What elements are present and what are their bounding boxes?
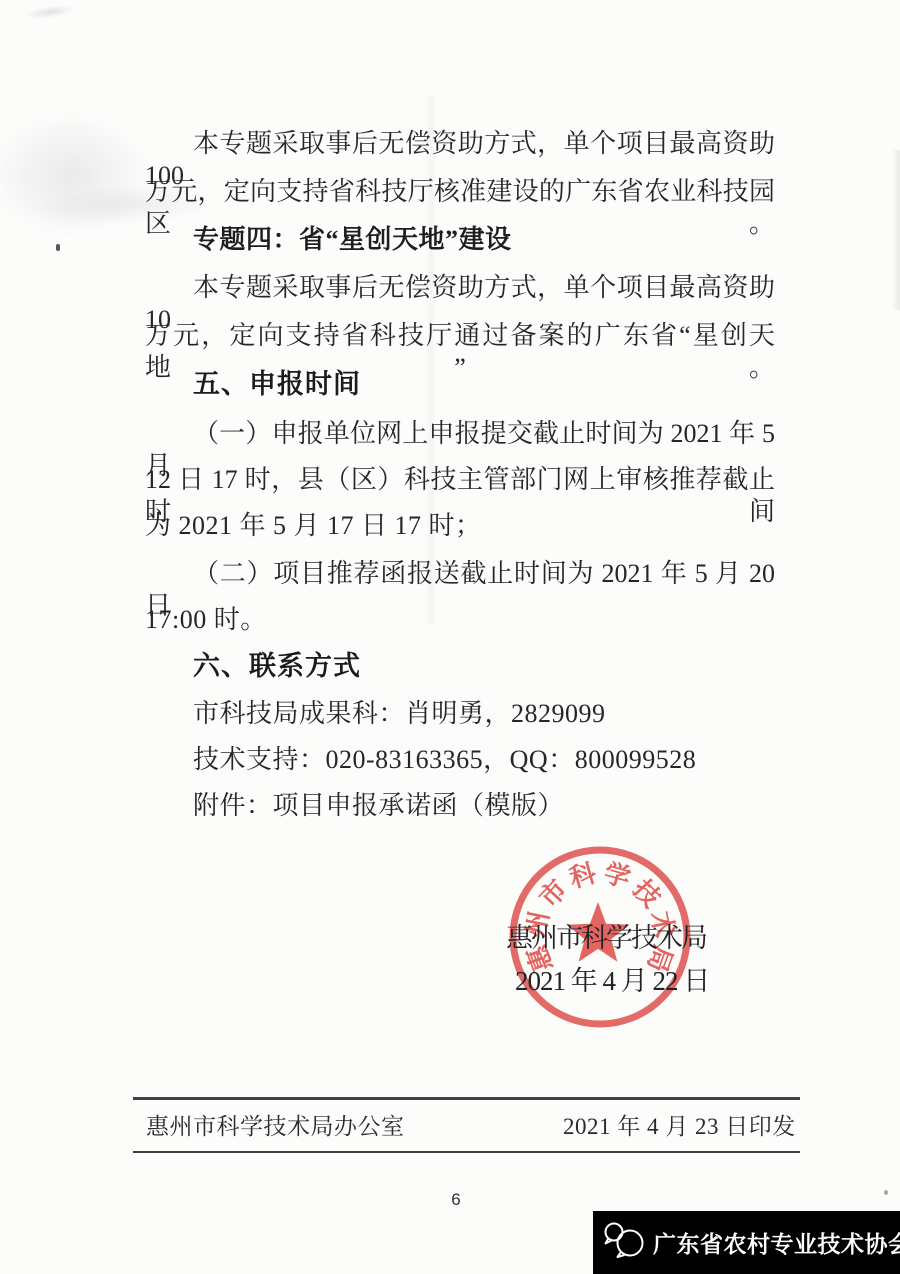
contact-line: 市科技局成果科：肖明勇，2829099 <box>145 698 775 730</box>
signature-agency: 惠州市科学技术局 <box>506 916 706 955</box>
text-line: 为 2021 年 5 月 17 日 17 时； <box>145 510 775 542</box>
signature-date: 2021 年 4 月 22 日 <box>515 959 709 998</box>
section-heading: 专题四：省“星创天地”建设 <box>145 224 775 256</box>
section-heading: 五、申报时间 <box>145 368 775 400</box>
page-number: 6 <box>440 1190 472 1210</box>
scan-artifact <box>884 1190 888 1195</box>
scan-artifact <box>0 110 155 240</box>
svg-text:技: 技 <box>627 874 666 913</box>
wechat-icon <box>601 1221 647 1264</box>
contact-line: 技术支持：020-83163365，QQ：800099528 <box>145 744 775 776</box>
svg-text:科: 科 <box>566 858 600 893</box>
footer-print-date: 2021 年 4 月 23 日印发 <box>563 1108 796 1141</box>
footer-rule-bottom <box>133 1151 800 1153</box>
footer-rule-top <box>133 1097 800 1100</box>
section-heading: 六、联系方式 <box>145 650 775 682</box>
svg-text:学: 学 <box>601 858 634 893</box>
attachment-line: 附件：项目申报承诺函（模版） <box>145 790 775 822</box>
svg-text:市: 市 <box>534 874 573 913</box>
scan-artifact <box>56 244 60 251</box>
document-page: 本专题采取事后无偿资助方式，单个项目最高资助 100 万元，定向支持省科技厅核准… <box>0 0 900 1274</box>
watermark-bar: 广东省农村专业技术协会 <box>593 1211 900 1274</box>
text-line: 17:00 时。 <box>145 604 775 636</box>
watermark-label: 广东省农村专业技术协会 <box>653 1226 900 1259</box>
scan-artifact <box>23 2 76 21</box>
footer-office: 惠州市科学技术局办公室 <box>146 1108 405 1141</box>
scan-artifact <box>891 150 900 310</box>
